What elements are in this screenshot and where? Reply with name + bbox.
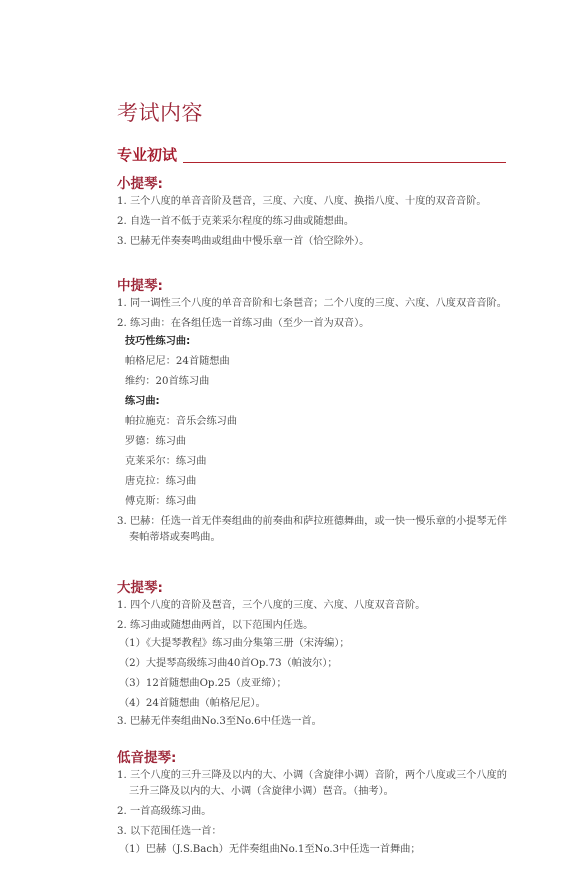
list-item: 2. 练习曲或随想曲两首，以下范围内任选。 [117, 618, 507, 634]
list-item: 2. 练习曲：在各组任选一首练习曲（至少一首为双音）。 [117, 316, 507, 332]
group-entry: 傅克斯：练习曲 [117, 492, 507, 512]
list-item: 1. 三个八度的三升三降及以内的大、小调（含旋律小调）音阶，两个八度或三个八度的… [117, 768, 507, 800]
list-item: 1. 同一调性三个八度的单音音阶和七条琶音；二个八度的三度、六度、八度双音音阶。 [117, 296, 507, 312]
group-heading: 技巧性练习曲: [117, 332, 507, 352]
group-heading: 练习曲: [117, 392, 507, 412]
instrument-heading: 小提琴: [117, 174, 507, 194]
group-entry: 罗德：练习曲 [117, 432, 507, 452]
option-item: （2）大提琴高级练习曲40首Op.73（帕波尔）； [117, 654, 507, 674]
group-entry: 唐克拉：练习曲 [117, 472, 507, 492]
group-entry: 克莱采尔：练习曲 [117, 452, 507, 472]
list-item: 2. 自选一首不低于克莱采尔程度的练习曲或随想曲。 [117, 214, 507, 230]
list-item: 3. 以下范围任选一首： [117, 824, 507, 840]
instrument-heading: 低音提琴: [117, 748, 507, 768]
list-item: 3. 巴赫无伴奏组曲No.3至No.6中任选一首。 [117, 714, 507, 730]
group-entry: 帕拉施克：音乐会练习曲 [117, 412, 507, 432]
page-title: 考试内容 [117, 97, 203, 127]
instrument-heading: 大提琴: [117, 578, 507, 598]
section-heading: 专业初试 [117, 144, 506, 165]
list-item: 3. 巴赫：任选一首无伴奏组曲的前奏曲和萨拉班德舞曲，或一快一慢乐章的小提琴无伴… [117, 514, 507, 546]
instrument-heading: 中提琴: [117, 276, 507, 296]
option-item: （4）24首随想曲（帕格尼尼）。 [117, 694, 507, 714]
section-divider [183, 162, 506, 163]
instrument-viola: 中提琴: 1. 同一调性三个八度的单音音阶和七条琶音；二个八度的三度、六度、八度… [117, 276, 507, 550]
list-item: 3. 巴赫无伴奏奏鸣曲或组曲中慢乐章一首（恰空除外）。 [117, 234, 507, 250]
option-item: （1）巴赫（J.S.Bach）无伴奏组曲No.1至No.3中任选一首舞曲； [117, 840, 507, 860]
list-item: 1. 三个八度的单音音阶及琶音，三度、六度、八度、换指八度、十度的双音音阶。 [117, 194, 507, 210]
list-item: 1. 四个八度的音阶及琶音，三个八度的三度、六度、八度双音音阶。 [117, 598, 507, 614]
instrument-double-bass: 低音提琴: 1. 三个八度的三升三降及以内的大、小调（含旋律小调）音阶，两个八度… [117, 748, 507, 860]
instrument-violin: 小提琴: 1. 三个八度的单音音阶及琶音，三度、六度、八度、换指八度、十度的双音… [117, 174, 507, 254]
option-item: （3）12首随想曲Op.25（皮亚缔）； [117, 674, 507, 694]
section-label: 专业初试 [117, 144, 177, 165]
instrument-cello: 大提琴: 1. 四个八度的音阶及琶音，三个八度的三度、六度、八度双音音阶。 2.… [117, 578, 507, 734]
group-entry: 帕格尼尼：24首随想曲 [117, 352, 507, 372]
group-entry: 维约：20首练习曲 [117, 372, 507, 392]
list-item: 2. 一首高级练习曲。 [117, 804, 507, 820]
option-item: （1）《大提琴教程》练习曲分集第三册（宋涛编）； [117, 634, 507, 654]
